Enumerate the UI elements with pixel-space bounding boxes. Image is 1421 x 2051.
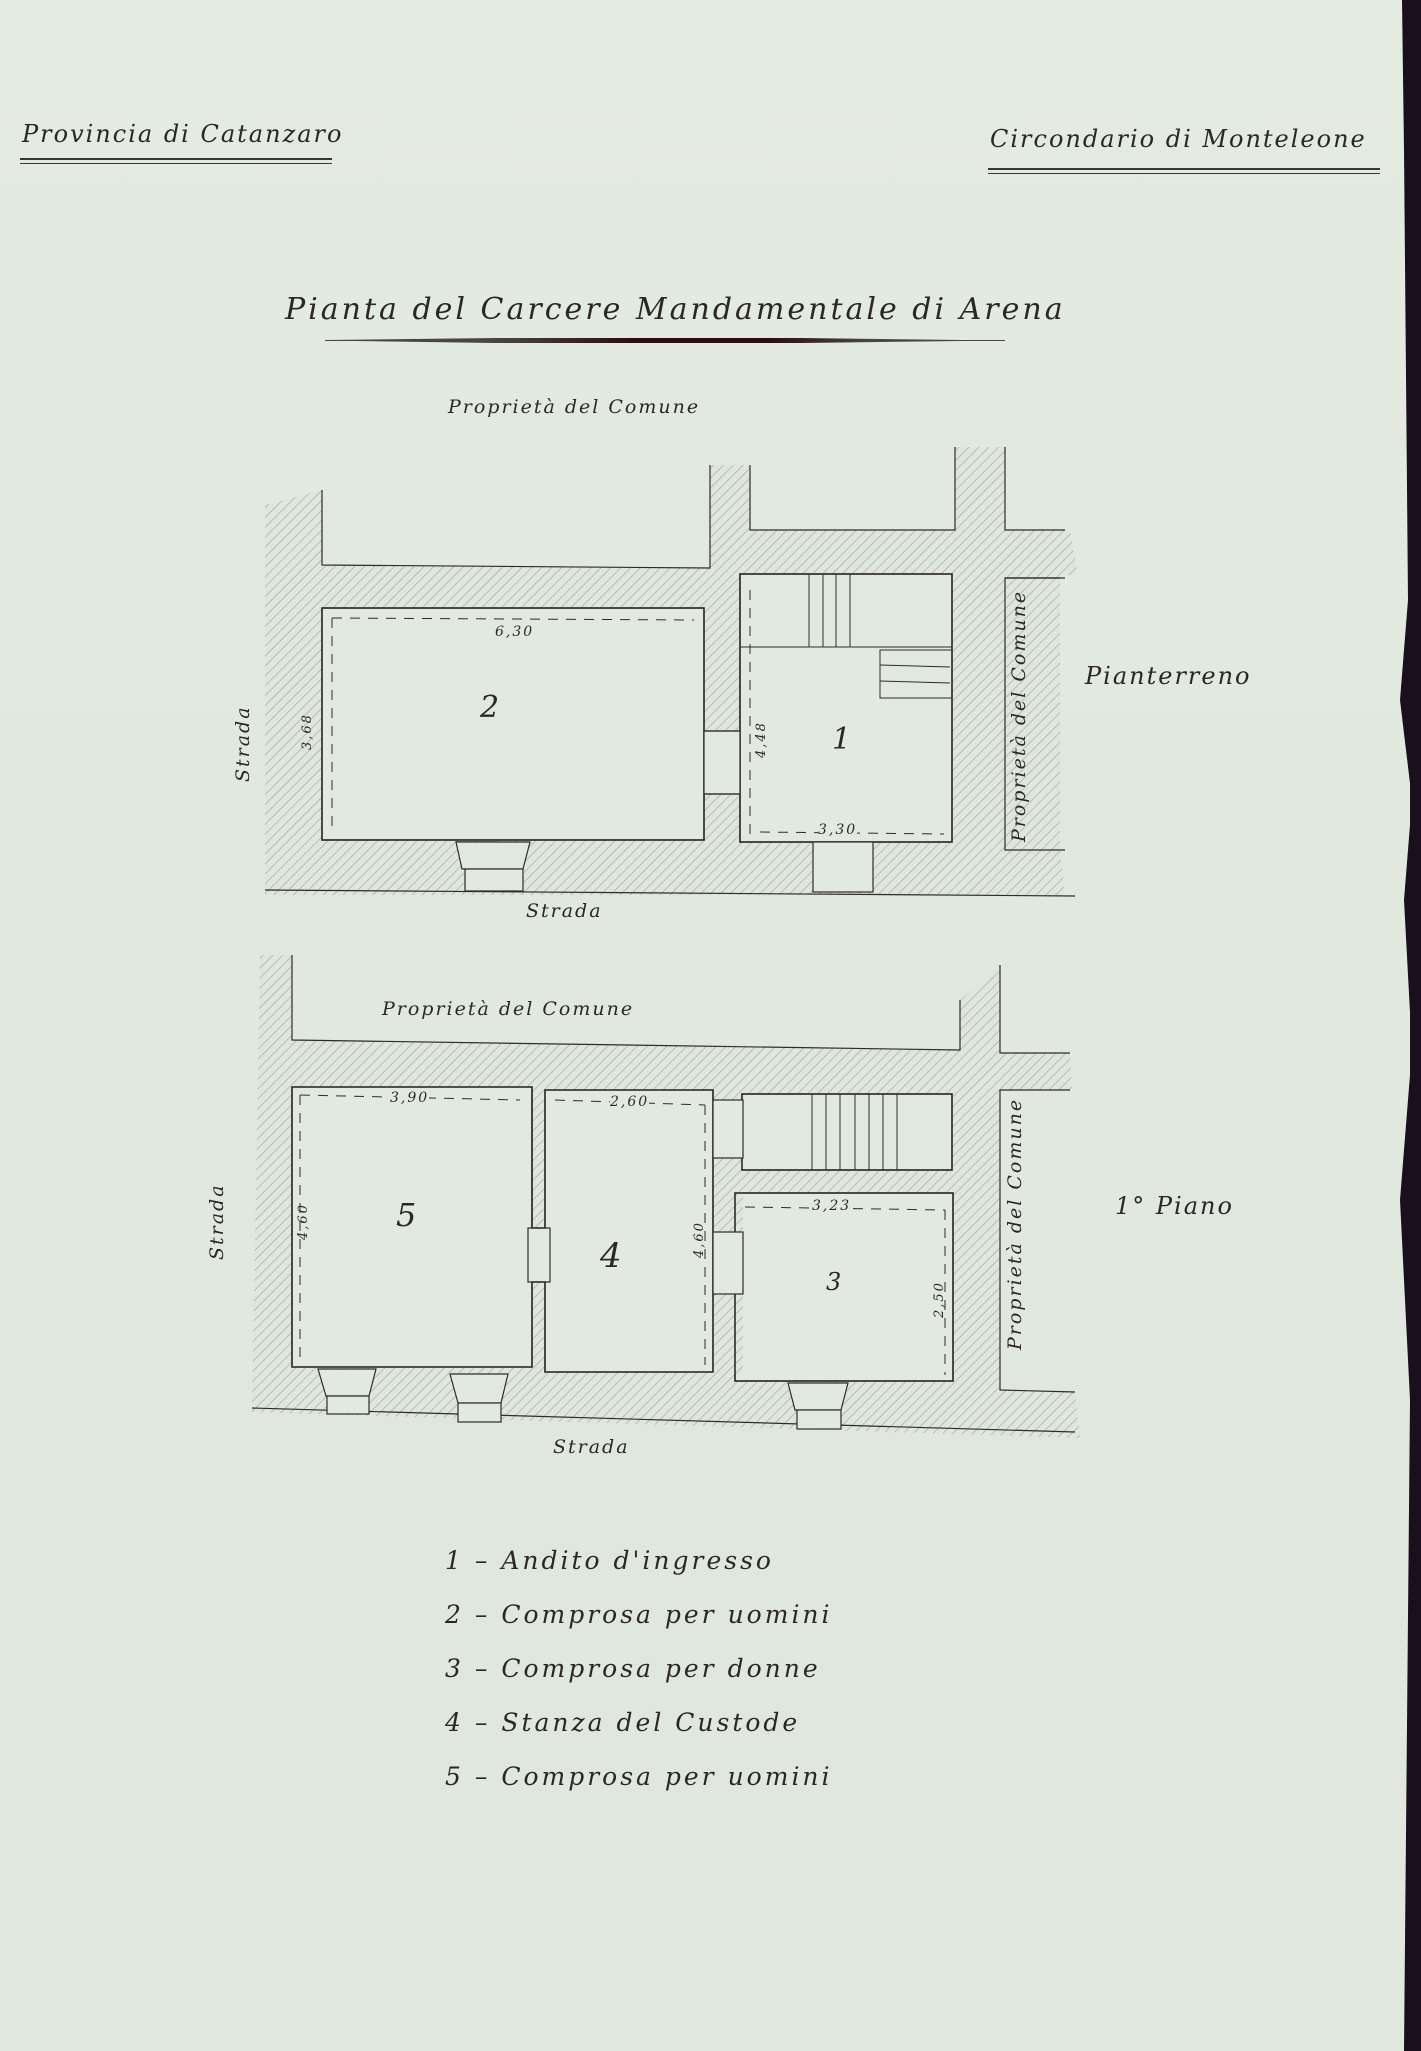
legend-item: 2 – Comprosa per uomini <box>445 1600 833 1629</box>
first-floor-plan <box>252 955 1080 1438</box>
first-north-label: Proprietà del Comune <box>382 998 634 1020</box>
legend-number: 1 <box>445 1546 464 1575</box>
floor-plans-drawing <box>0 0 1421 2051</box>
first-west-label: Strada <box>206 1183 228 1260</box>
legend-item: 3 – Comprosa per donne <box>445 1654 821 1683</box>
legend-number: 5 <box>445 1762 464 1791</box>
first-east-label: Proprietà del Comune <box>1004 1098 1026 1350</box>
room-3-number: 3 <box>826 1268 843 1296</box>
room-5-height-dim: 4,60 <box>296 1203 311 1240</box>
room-1-height-dim: 4,48 <box>754 721 769 758</box>
legend-item: 1 – Andito d'ingresso <box>445 1546 774 1575</box>
legend-number: 3 <box>445 1654 464 1683</box>
legend-item: 5 – Comprosa per uomini <box>445 1762 833 1791</box>
ground-south-label: Strada <box>526 900 603 922</box>
room-4-height-dim: 4,60 <box>692 1221 707 1258</box>
room-3-width-dim: 3,23 <box>812 1198 851 1214</box>
legend-text: Comprosa per uomini <box>501 1762 832 1791</box>
ground-east-label: Proprietà del Comune <box>1008 590 1030 842</box>
legend-number: 4 <box>445 1708 464 1737</box>
room-4-number: 4 <box>600 1236 624 1276</box>
legend-text: Comprosa per donne <box>501 1654 820 1683</box>
ground-floor-label: Pianterreno <box>1085 662 1252 690</box>
room-3-height-dim: 2,50 <box>932 1281 947 1318</box>
legend-item: 4 – Stanza del Custode <box>445 1708 800 1737</box>
legend-number: 2 <box>445 1600 464 1629</box>
room-1-number: 1 <box>832 722 853 757</box>
legend-text: Stanza del Custode <box>501 1708 800 1737</box>
room-2-number: 2 <box>480 690 501 725</box>
room-4-width-dim: 2,60 <box>610 1094 649 1110</box>
room-5-number: 5 <box>396 1196 418 1234</box>
room-5-width-dim: 3,90 <box>390 1090 429 1106</box>
legend-text: Comprosa per uomini <box>501 1600 832 1629</box>
ground-floor-plan <box>265 447 1078 896</box>
first-south-label: Strada <box>553 1436 630 1458</box>
ground-north-label: Proprietà del Comune <box>448 396 700 418</box>
room-1-width-dim: 3,30 <box>818 822 857 838</box>
ground-west-label: Strada <box>232 705 254 782</box>
legend-text: Andito d'ingresso <box>501 1546 774 1575</box>
room-2-width-dim: 6,30 <box>495 624 534 640</box>
room-2-height-dim: 3,68 <box>300 713 315 750</box>
first-floor-label: 1° Piano <box>1115 1192 1234 1220</box>
